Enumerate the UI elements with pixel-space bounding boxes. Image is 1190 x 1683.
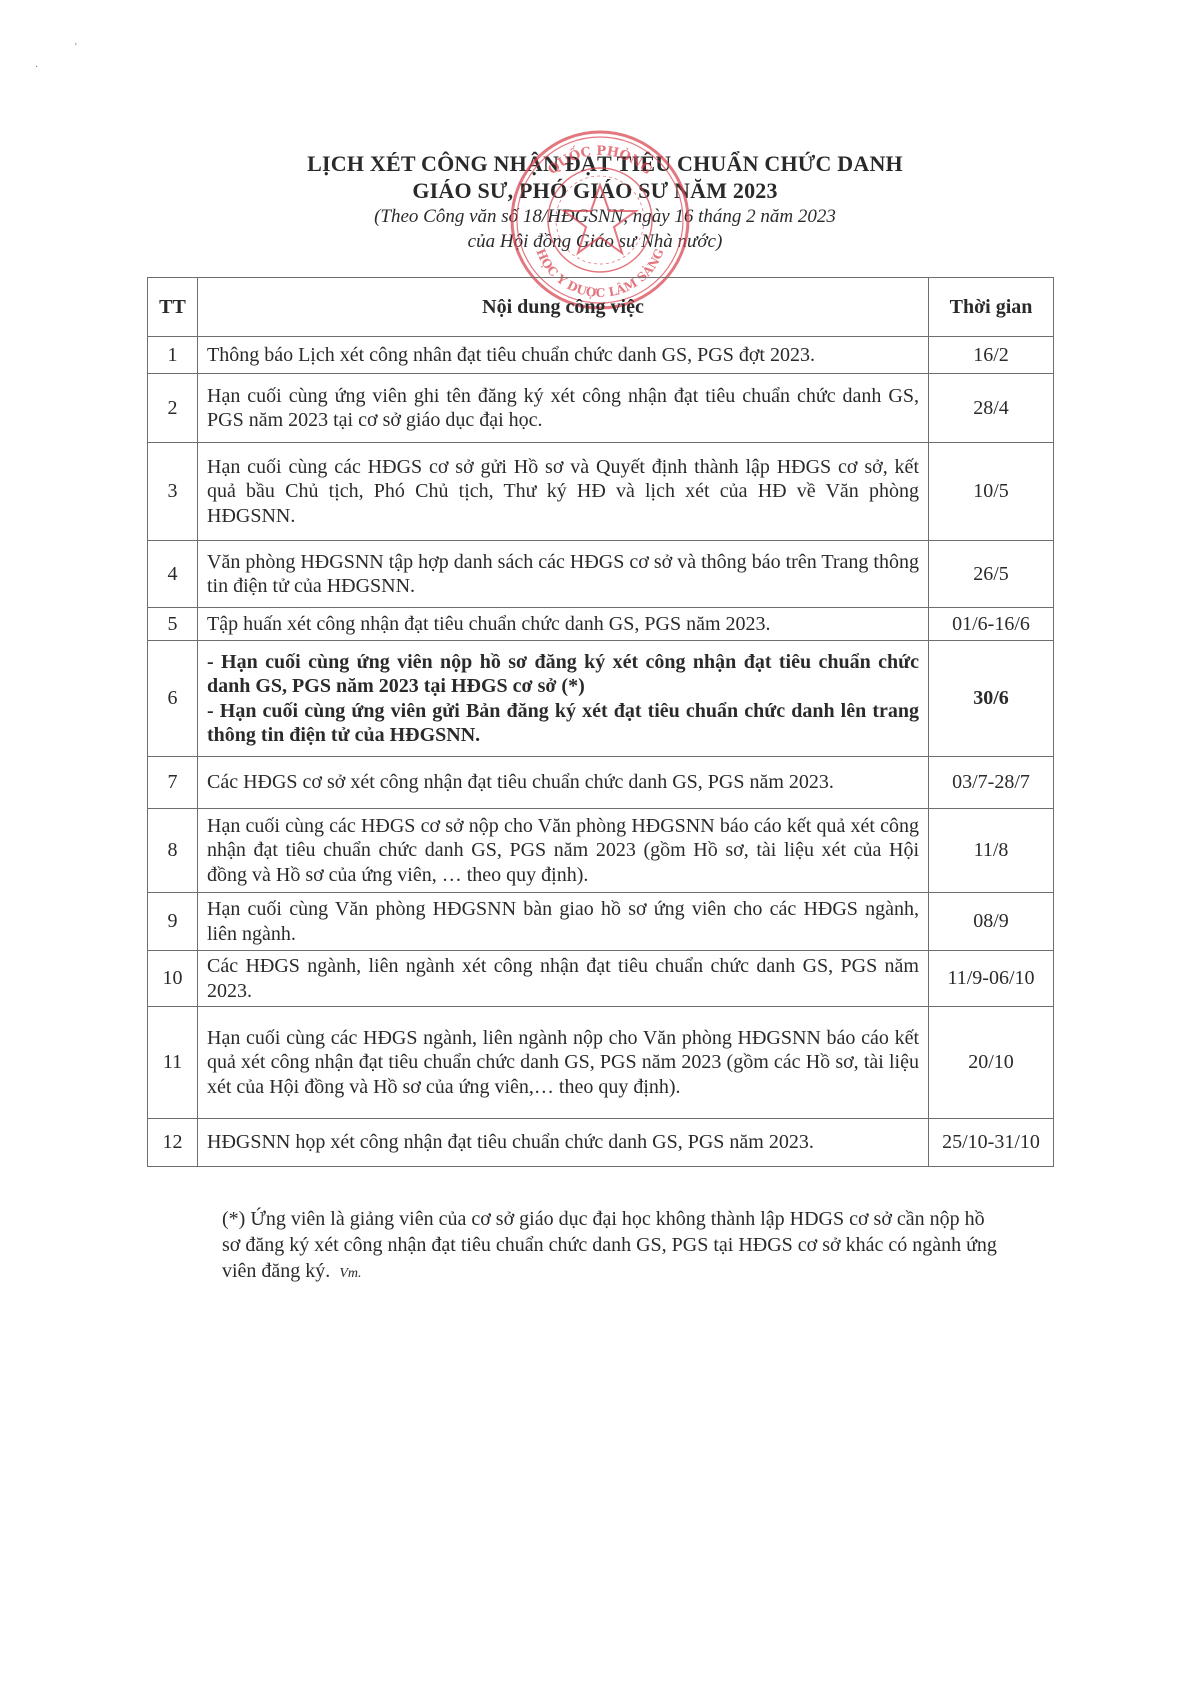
table-row: 8 Hạn cuối cùng các HĐGS cơ sở nộp cho V… [148, 809, 1054, 893]
table-row: 5 Tập huấn xét công nhận đạt tiêu chuẩn … [148, 608, 1054, 641]
row-number: 6 [148, 641, 198, 757]
row-time: 03/7-28/7 [929, 757, 1054, 809]
row-number: 3 [148, 443, 198, 541]
row-number: 10 [148, 951, 198, 1007]
header-content: Nội dung công việc [198, 278, 929, 337]
row-time: 25/10-31/10 [929, 1119, 1054, 1167]
row-number: 2 [148, 374, 198, 443]
header-tt: TT [148, 278, 198, 337]
row-content-line: - Hạn cuối cùng ứng viên gửi Bản đăng ký… [207, 699, 919, 748]
row-time: 11/8 [929, 809, 1054, 893]
row-time: 30/6 [929, 641, 1054, 757]
row-time: 10/5 [929, 443, 1054, 541]
table-row: 6 - Hạn cuối cùng ứng viên nộp hồ sơ đăn… [148, 641, 1054, 757]
row-number: 11 [148, 1007, 198, 1119]
schedule-table: TT Nội dung công việc Thời gian 1 Thông … [147, 277, 1054, 1167]
row-content: Thông báo Lịch xét công nhân đạt tiêu ch… [198, 337, 929, 374]
row-time: 11/9-06/10 [929, 951, 1054, 1007]
table-row: 2 Hạn cuối cùng ứng viên ghi tên đăng ký… [148, 374, 1054, 443]
row-content: Hạn cuối cùng các HĐGS cơ sở nộp cho Văn… [198, 809, 929, 893]
scan-mark: · [35, 62, 38, 73]
title-line-1: LỊCH XÉT CÔNG NHẬN ĐẠT TIÊU CHUẨN CHỨC D… [0, 150, 1190, 177]
scan-mark: ' [75, 42, 77, 53]
subtitle-line-2: của Hội đồng Giáo sư Nhà nước) [0, 229, 1190, 254]
subtitle-line-1: (Theo Công văn số 18/HĐGSNN, ngày 16 thá… [0, 204, 1190, 229]
row-content: Hạn cuối cùng các HĐGS cơ sở gửi Hồ sơ v… [198, 443, 929, 541]
handwritten-initials: Vm. [339, 1266, 361, 1281]
row-content: - Hạn cuối cùng ứng viên nộp hồ sơ đăng … [198, 641, 929, 757]
row-number: 12 [148, 1119, 198, 1167]
table-row: 10 Các HĐGS ngành, liên ngành xét công n… [148, 951, 1054, 1007]
table-header-row: TT Nội dung công việc Thời gian [148, 278, 1054, 337]
row-content: Hạn cuối cùng ứng viên ghi tên đăng ký x… [198, 374, 929, 443]
row-number: 7 [148, 757, 198, 809]
table-row: 3 Hạn cuối cùng các HĐGS cơ sở gửi Hồ sơ… [148, 443, 1054, 541]
row-time: 28/4 [929, 374, 1054, 443]
row-number: 1 [148, 337, 198, 374]
row-time: 01/6-16/6 [929, 608, 1054, 641]
table-row: 11 Hạn cuối cùng các HĐGS ngành, liên ng… [148, 1007, 1054, 1119]
table-row: 7 Các HĐGS cơ sở xét công nhận đạt tiêu … [148, 757, 1054, 809]
title-line-2: GIÁO SƯ, PHÓ GIÁO SƯ NĂM 2023 [0, 177, 1190, 204]
row-time: 08/9 [929, 893, 1054, 951]
table-row: 12 HĐGSNN họp xét công nhận đạt tiêu chu… [148, 1119, 1054, 1167]
row-number: 4 [148, 541, 198, 608]
row-content: Các HĐGS ngành, liên ngành xét công nhận… [198, 951, 929, 1007]
row-content: HĐGSNN họp xét công nhận đạt tiêu chuẩn … [198, 1119, 929, 1167]
row-time: 20/10 [929, 1007, 1054, 1119]
row-time: 16/2 [929, 337, 1054, 374]
table-row: 1 Thông báo Lịch xét công nhân đạt tiêu … [148, 337, 1054, 374]
row-content: Tập huấn xét công nhận đạt tiêu chuẩn ch… [198, 608, 929, 641]
document-header: LỊCH XÉT CÔNG NHẬN ĐẠT TIÊU CHUẨN CHỨC D… [0, 150, 1190, 254]
row-number: 5 [148, 608, 198, 641]
table-row: 4 Văn phòng HĐGSNN tập hợp danh sách các… [148, 541, 1054, 608]
row-content: Các HĐGS cơ sở xét công nhận đạt tiêu ch… [198, 757, 929, 809]
row-content: Văn phòng HĐGSNN tập hợp danh sách các H… [198, 541, 929, 608]
row-number: 9 [148, 893, 198, 951]
footnote: (*) Ứng viên là giảng viên của cơ sở giá… [222, 1206, 1002, 1287]
row-number: 8 [148, 809, 198, 893]
row-time: 26/5 [929, 541, 1054, 608]
table-row: 9 Hạn cuối cùng Văn phòng HĐGSNN bàn gia… [148, 893, 1054, 951]
row-content: Hạn cuối cùng các HĐGS ngành, liên ngành… [198, 1007, 929, 1119]
row-content: Hạn cuối cùng Văn phòng HĐGSNN bàn giao … [198, 893, 929, 951]
header-time: Thời gian [929, 278, 1054, 337]
row-content-line: - Hạn cuối cùng ứng viên nộp hồ sơ đăng … [207, 650, 919, 699]
